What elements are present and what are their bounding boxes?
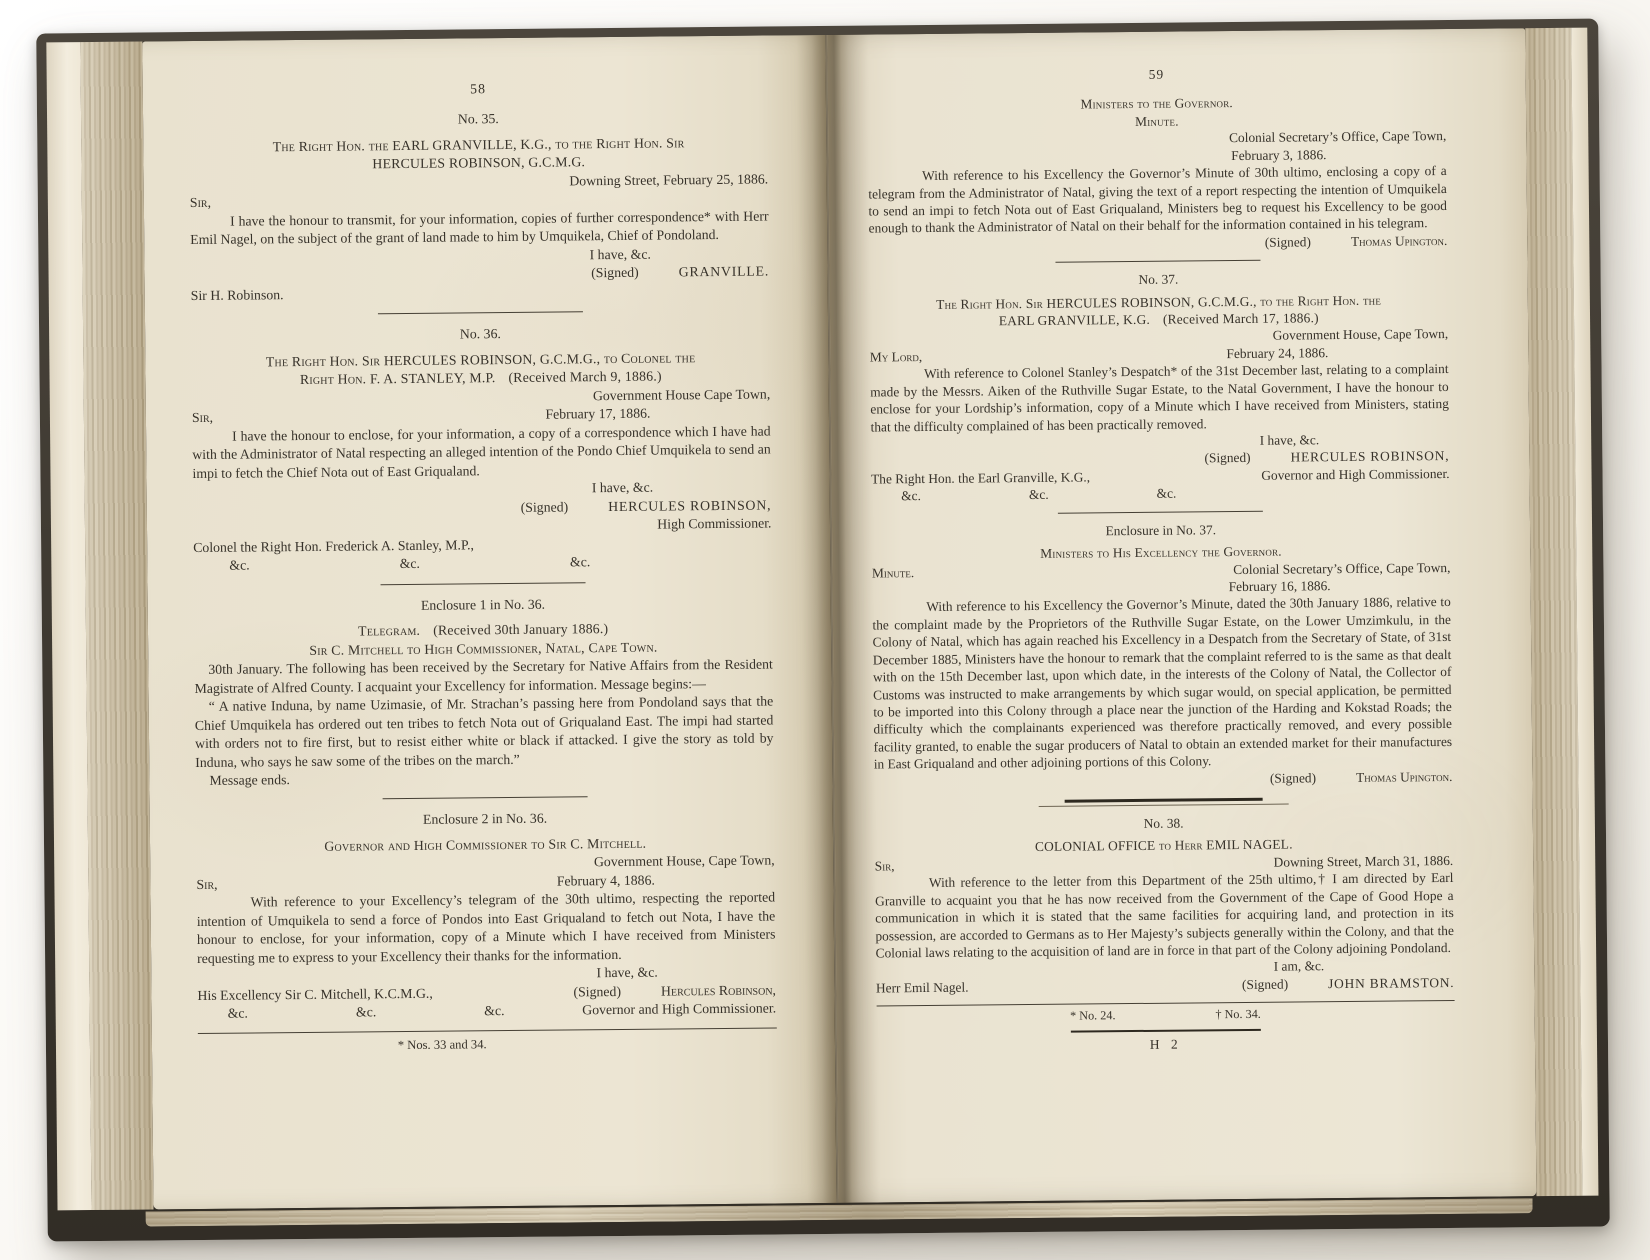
signature: Thomas Upington. [1351, 232, 1448, 250]
enclosure-title: Enclosure in No. 37. [871, 519, 1450, 542]
etc-row: &c. &c. &c. [198, 1002, 505, 1023]
body-paragraph: 30th January. The following has been rec… [194, 656, 773, 699]
book-spread: 58 No. 35. The Right Hon. the EARL GRANV… [46, 28, 1598, 1211]
doc-number: No. 37. [869, 268, 1448, 291]
etc: &c. [901, 487, 921, 505]
heading-received: (Received March 17, 1886.) [1163, 309, 1319, 328]
etc: &c. [1029, 486, 1049, 504]
signature-mark-rule [1071, 1029, 1261, 1033]
etc: &c. [356, 1004, 376, 1023]
minute-label: Minute. [872, 564, 914, 582]
etc: &c. [229, 557, 249, 576]
body-paragraph: I have the honour to transmit, for your … [190, 207, 769, 250]
page-edges-left [46, 42, 153, 1211]
page-number-right: 59 [867, 63, 1446, 86]
salutation: My Lord, [870, 348, 922, 366]
signed-label: (Signed) [1265, 233, 1311, 251]
signed-label: (Signed) [573, 983, 621, 1002]
signature-mark: H 2 [876, 1033, 1455, 1056]
signature-title: Governor and High Commissioner. [582, 1000, 776, 1020]
letter-no-37: No. 37. The Right Hon. Sir HERCULES ROBI… [869, 268, 1450, 505]
doc-number: No. 36. [191, 323, 770, 347]
section-divider [378, 312, 583, 315]
dateline-2: February 24, 1886. [1226, 343, 1448, 363]
enclosure-title: Enclosure 1 in No. 36. [194, 593, 773, 617]
body-paragraph: With reference to the letter from this D… [875, 869, 1454, 962]
dateline-2: February 4, 1886. [557, 870, 775, 891]
body-paragraph: With reference to his Excellency the Gov… [868, 162, 1447, 237]
addressee: His Excellency Sir C. Mitchell, K.C.M.G.… [197, 985, 432, 1006]
telegram-label: Telegram. [358, 622, 420, 641]
letter-no-35: No. 35. The Right Hon. the EARL GRANVILL… [189, 108, 769, 305]
heading-name: Right Hon. F. A. STANLEY, M.P. [300, 369, 496, 389]
signature: GRANVILLE. [679, 263, 770, 282]
heading-received: (Received March 9, 1886.) [508, 368, 661, 388]
doc-number: No. 35. [189, 108, 768, 132]
dateline-2: February 17, 1886. [545, 404, 770, 425]
open-book: 58 No. 35. The Right Hon. the EARL GRANV… [36, 19, 1610, 1242]
body-paragraph: With reference to Colonel Stanley’s Desp… [870, 360, 1449, 435]
enclosure-title: Enclosure 2 in No. 36. [196, 808, 775, 832]
addressee: The Right Hon. the Earl Granville, K.G., [871, 468, 1090, 488]
page-edges-right [1525, 28, 1598, 1197]
etc: &c. [1157, 485, 1177, 503]
salutation: Sir, [192, 409, 213, 428]
body-paragraph: With reference to his Excellency the Gov… [872, 593, 1452, 773]
addressee: Herr Emil Nagel. [876, 978, 969, 996]
section-divider [1056, 260, 1261, 263]
signature: HERCULES ROBINSON, [608, 496, 771, 516]
footnote-1: * No. 24. [1070, 1008, 1116, 1024]
signed-label: (Signed) [1204, 449, 1250, 467]
fanned-pages-left [80, 42, 153, 1211]
enclosure-no-37: Enclosure in No. 37. Ministers to His Ex… [871, 519, 1452, 791]
dateline: Downing Street, March 31, 1886. [1274, 852, 1454, 871]
body-paragraph: With reference to your Excellency’s tele… [197, 889, 776, 968]
page-number-left: 58 [189, 78, 768, 102]
signature-row: (Signed) Hercules Robinson, [573, 981, 776, 1001]
enclosure-1-no-36: Enclosure 1 in No. 36. Telegram. (Receiv… [194, 593, 774, 790]
section-divider-thick [1064, 798, 1262, 803]
footnote-row: * No. 24. † No. 34. [876, 1001, 1455, 1029]
salutation: Sir, [875, 857, 895, 875]
signed-label: (Signed) [1242, 975, 1288, 993]
section-divider [1058, 510, 1263, 513]
signature: JOHN BRAMSTON. [1328, 974, 1454, 993]
etc: &c. [484, 1002, 504, 1021]
page-59: 59 Ministers to the Governor. Minute. Co… [825, 28, 1537, 1203]
letter-no-38: No. 38. COLONIAL OFFICE to Herr EMIL NAG… [874, 812, 1454, 997]
signed-label: (Signed) [521, 498, 569, 517]
page-58: 58 No. 35. The Right Hon. the EARL GRANV… [142, 35, 836, 1209]
ministers-minute: Ministers to the Governor. Minute. Colon… [867, 92, 1447, 254]
received-label: (Received 30th January 1886.) [433, 620, 608, 640]
etc: &c. [570, 553, 590, 572]
section-divider [382, 797, 587, 800]
signed-label: (Signed) [591, 264, 639, 283]
signature: HERCULES ROBINSON, [1291, 447, 1450, 466]
signature-row: (Signed) JOHN BRAMSTON. [1242, 974, 1455, 993]
letter-no-36: No. 36. The Right Hon. Sir HERCULES ROBI… [191, 323, 772, 576]
dateline: Colonial Secretary’s Office, Cape Town, [1233, 559, 1450, 579]
enclosure-2-no-36: Enclosure 2 in No. 36. Governor and High… [196, 808, 776, 1024]
signature-title: Governor and High Commissioner. [1261, 465, 1449, 484]
salutation: Sir, [196, 876, 217, 895]
footnote: * Nos. 33 and 34. [153, 1029, 732, 1061]
signature: Hercules Robinson, [661, 981, 776, 1001]
etc: &c. [400, 555, 420, 574]
body-paragraph: I have the honour to enclose, for your i… [192, 422, 771, 483]
signature: Thomas Upington. [1356, 768, 1453, 786]
doc-number: No. 38. [874, 812, 1453, 835]
section-divider [380, 582, 585, 585]
etc: &c. [228, 1005, 248, 1024]
heading-name: EARL GRANVILLE, K.G. [999, 311, 1150, 330]
section-divider-thin [1038, 804, 1288, 807]
signed-label: (Signed) [1270, 769, 1316, 787]
quoted-paragraph: “ A native Induna, by name Uzimasie, of … [195, 693, 774, 772]
footnote-2: † No. 34. [1215, 1007, 1261, 1023]
